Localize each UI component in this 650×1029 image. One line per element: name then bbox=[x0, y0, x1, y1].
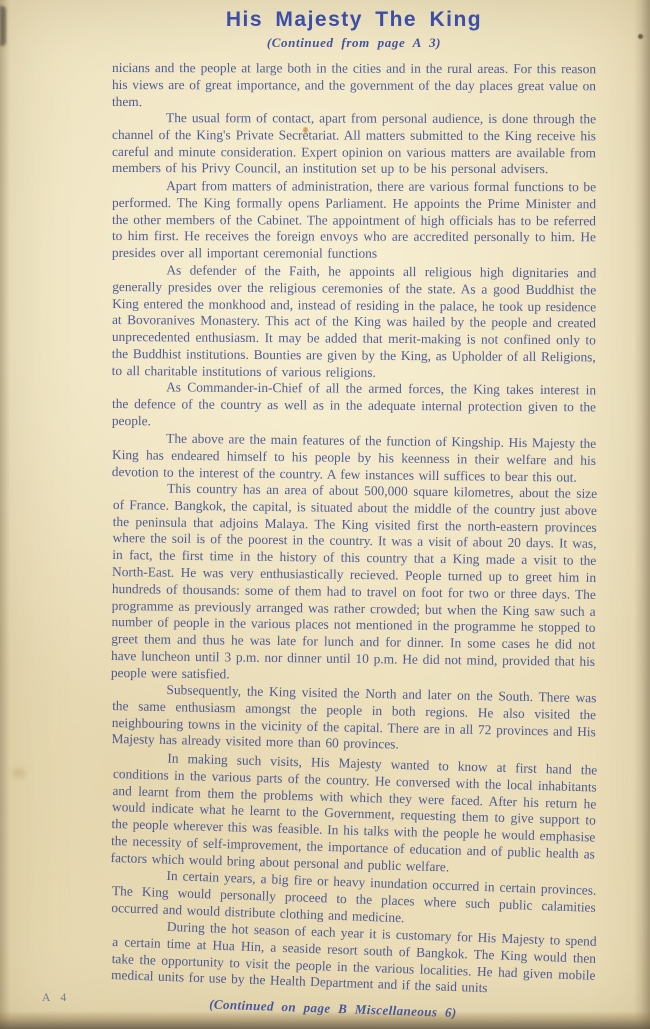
paragraph: The above are the main features of the f… bbox=[112, 430, 597, 486]
paragraph: nicians and the people at large both in … bbox=[112, 60, 596, 112]
right-edge-shadow bbox=[634, 0, 650, 1029]
left-edge-shadow bbox=[0, 0, 10, 1029]
continued-from-note: (Continued from page A 3) bbox=[112, 35, 596, 51]
left-edge-mark bbox=[0, 6, 6, 46]
page-title: His Majesty The King bbox=[112, 8, 596, 32]
paragraph: The usual form of contact, apart from pe… bbox=[112, 110, 596, 178]
paper-stain bbox=[12, 768, 26, 778]
text-column: His Majesty The King (Continued from pag… bbox=[112, 8, 596, 984]
paragraph: Apart from matters of administration, th… bbox=[112, 178, 596, 263]
paragraph: Subsequently, the King visited the North… bbox=[111, 681, 596, 757]
scanned-page: His Majesty The King (Continued from pag… bbox=[0, 0, 650, 1029]
bottom-edge-shadow bbox=[0, 1011, 650, 1029]
paragraph: As defender of the Faith, he appoints al… bbox=[112, 262, 597, 383]
paragraph: This country has an area of about 500,00… bbox=[111, 480, 597, 687]
page-number: A 4 bbox=[42, 992, 70, 1004]
paragraph: As Commander-in-Chief of all the armed f… bbox=[112, 379, 596, 433]
paper-speck bbox=[638, 34, 643, 39]
paragraph: In making such visits, His Majesty wante… bbox=[110, 749, 597, 880]
